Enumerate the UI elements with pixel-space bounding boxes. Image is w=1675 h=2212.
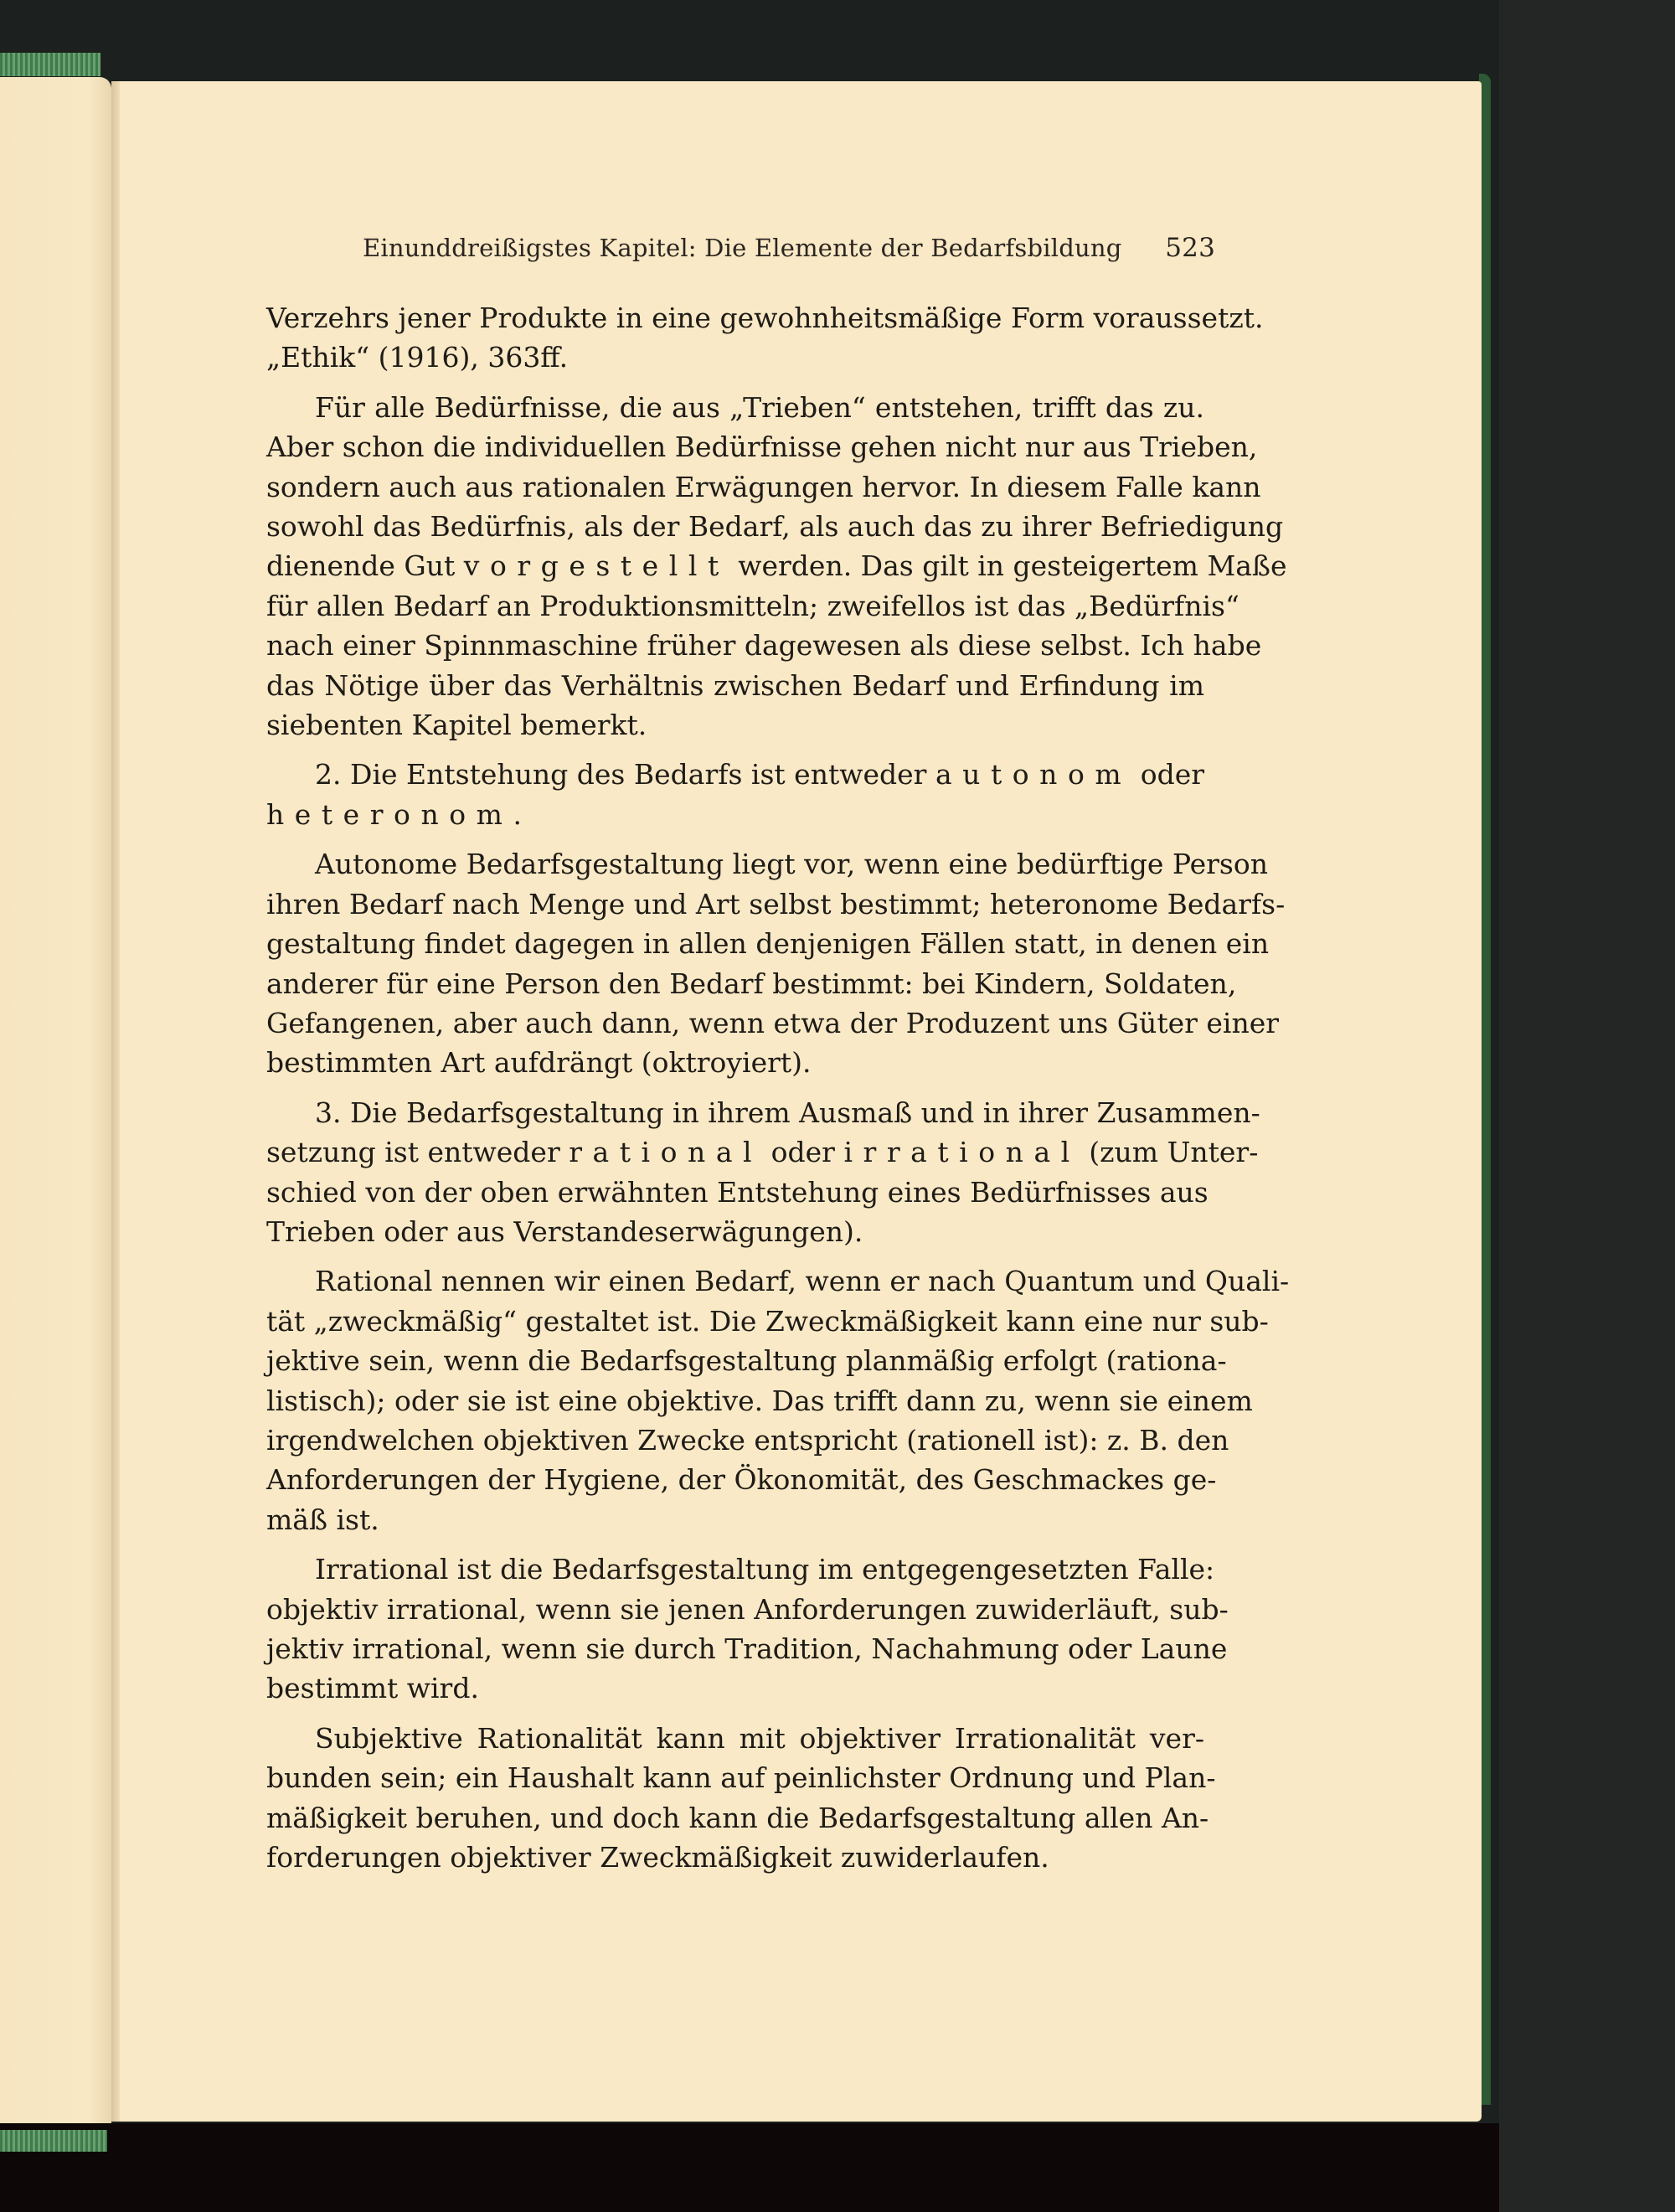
text-line: „Ethik“ (1916), 363ff. [266, 338, 1204, 377]
text-line: bestimmt wird. [266, 1668, 1204, 1708]
page-body-text: Verzehrs jener Produkte in eine gewohnhe… [266, 298, 1204, 1887]
text-line: Aber schon die individuellen Bedürfnisse… [266, 427, 1204, 467]
text-line: für allen Bedarf an Produktionsmitteln; … [266, 586, 1204, 626]
text-line: Verzehrs jener Produkte in eine gewohnhe… [266, 298, 1204, 338]
text-line: Trieben oder aus Verstandeserwägungen). [266, 1212, 1204, 1251]
text-line: bestimmten Art aufdrängt (oktroyiert). [266, 1043, 1204, 1082]
left-page-edge [0, 77, 111, 2123]
emphasized-word: irrational [843, 1136, 1080, 1168]
text-line: Gefangenen, aber auch dann, wenn etwa de… [266, 1003, 1204, 1043]
text-line: Anforderungen der Hygiene, der Ökonomitä… [266, 1460, 1204, 1499]
text-line: jektiv irrational, wenn sie durch Tradit… [266, 1629, 1204, 1668]
text-line: dienende Gut vorgestellt werden. Das gil… [266, 546, 1204, 585]
paragraph: 2. Die Entstehung des Bedarfs ist entwed… [266, 755, 1204, 834]
text-line: bunden sein; ein Haushalt kann auf peinl… [266, 1758, 1204, 1797]
text-line: 3. Die Bedarfsgestaltung in ihrem Ausmaß… [266, 1093, 1204, 1132]
paragraph: Irrational ist die Bedarfsgestaltung im … [266, 1549, 1204, 1709]
emphasized-word: heteronom [266, 798, 513, 831]
text-line: mäßigkeit beruhen, und doch kann die Bed… [266, 1798, 1204, 1838]
text-line: siebenten Kapitel bemerkt. [266, 705, 1204, 745]
text-line: sowohl das Bedürfnis, als der Bedarf, al… [266, 507, 1204, 546]
paragraph: Verzehrs jener Produkte in eine gewohnhe… [266, 298, 1204, 378]
text-line: irgendwelchen objektiven Zwecke entspric… [266, 1421, 1204, 1460]
text-line: forderungen objektiver Zweckmäßigkeit zu… [266, 1838, 1204, 1877]
emphasized-word: autonom [935, 758, 1131, 791]
text-line: Autonome Bedarfsgestaltung liegt vor, we… [266, 844, 1204, 884]
paragraph: Autonome Bedarfsgestaltung liegt vor, we… [266, 844, 1204, 1082]
paragraph: Subjektive Rationalität kann mit objekti… [266, 1719, 1204, 1878]
paragraph: Rational nennen wir einen Bedarf, wenn e… [266, 1261, 1204, 1539]
background-bottom [0, 2123, 1499, 2212]
emphasized-word: rational [569, 1136, 762, 1168]
text-line: ihren Bedarf nach Menge und Art selbst b… [266, 884, 1204, 924]
text-line: objektiv irrational, wenn sie jenen Anfo… [266, 1590, 1204, 1629]
text-line: mäß ist. [266, 1500, 1204, 1539]
emphasized-word: vorgestellt [464, 549, 729, 582]
text-line: schied von der oben erwähnten Entstehung… [266, 1173, 1204, 1212]
text-line: 2. Die Entstehung des Bedarfs ist entwed… [266, 755, 1204, 794]
text-line: Irrational ist die Bedarfsgestaltung im … [266, 1549, 1204, 1589]
book-cloth-spine-bottom [0, 2130, 107, 2152]
text-line: sondern auch aus rationalen Erwägungen h… [266, 467, 1204, 507]
running-title: Einunddreißigstes Kapitel: Die Elemente … [363, 234, 1121, 262]
background-right [1499, 0, 1675, 2212]
text-line: das Nötige über das Verhältnis zwischen … [266, 666, 1204, 705]
text-line: Rational nennen wir einen Bedarf, wenn e… [266, 1261, 1204, 1301]
text-line: heteronom. [266, 795, 1204, 834]
text-line: tät „zweckmäßig“ gestaltet ist. Die Zwec… [266, 1302, 1204, 1341]
running-header: Einunddreißigstes Kapitel: Die Elemente … [363, 233, 1215, 263]
text-line: setzung ist entweder rational oder irrat… [266, 1132, 1204, 1172]
text-line: gestaltung findet dagegen in allen denje… [266, 924, 1204, 963]
text-line: Für alle Bedürfnisse, die aus „Trieben“ … [266, 388, 1204, 427]
text-line: anderer für eine Person den Bedarf besti… [266, 964, 1204, 1003]
text-line: listisch); oder sie ist eine objektive. … [266, 1381, 1204, 1421]
paragraph: Für alle Bedürfnisse, die aus „Trieben“ … [266, 388, 1204, 745]
text-line: Subjektive Rationalität kann mit objekti… [266, 1719, 1204, 1758]
book-cloth-spine-top [0, 53, 100, 76]
text-line: jektive sein, wenn die Bedarfsgestaltung… [266, 1341, 1204, 1380]
text-line: nach einer Spinnmaschine früher dagewese… [266, 626, 1204, 665]
page-number: 523 [1165, 233, 1215, 263]
paragraph: 3. Die Bedarfsgestaltung in ihrem Ausmaß… [266, 1093, 1204, 1252]
